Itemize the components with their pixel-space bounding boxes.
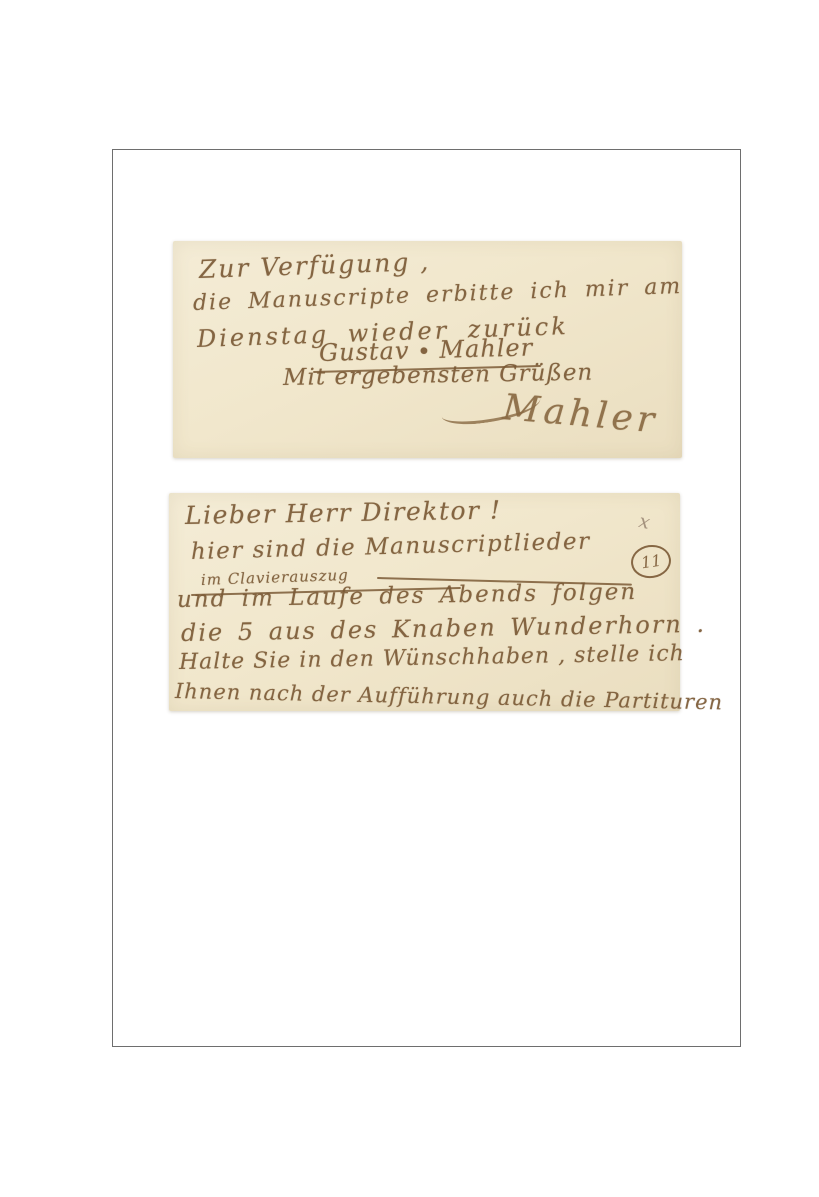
photo-canvas: Zur Verfügung , die Manuscripte erbitte … [0, 0, 819, 1197]
handwriting-fragment: hier sind die [191, 534, 366, 565]
pencil-x-mark: x [637, 510, 652, 534]
page-frame: Zur Verfügung , die Manuscripte erbitte … [112, 149, 741, 1047]
handwriting-line: Halte Sie in den Wünschhaben , stelle ic… [179, 641, 685, 675]
circled-number: 11 [629, 542, 674, 580]
handwriting-line: Mit ergebensten Grüßen [283, 360, 594, 391]
handwriting-line: Zur Verfügung , [198, 247, 430, 284]
underlined-word: Manuscriptlieder [365, 529, 591, 561]
note-card-upper: Zur Verfügung , die Manuscripte erbitte … [173, 241, 682, 458]
handwriting-line: hier sind die Manuscriptlieder [191, 529, 591, 565]
handwriting-line: Ihnen nach der Aufführung auch die Parti… [175, 679, 724, 714]
signature: Mahler [501, 387, 660, 441]
handwriting-line: Lieber Herr Direktor ! [185, 495, 502, 530]
note-card-lower: Lieber Herr Direktor ! x hier sind die M… [169, 493, 680, 711]
